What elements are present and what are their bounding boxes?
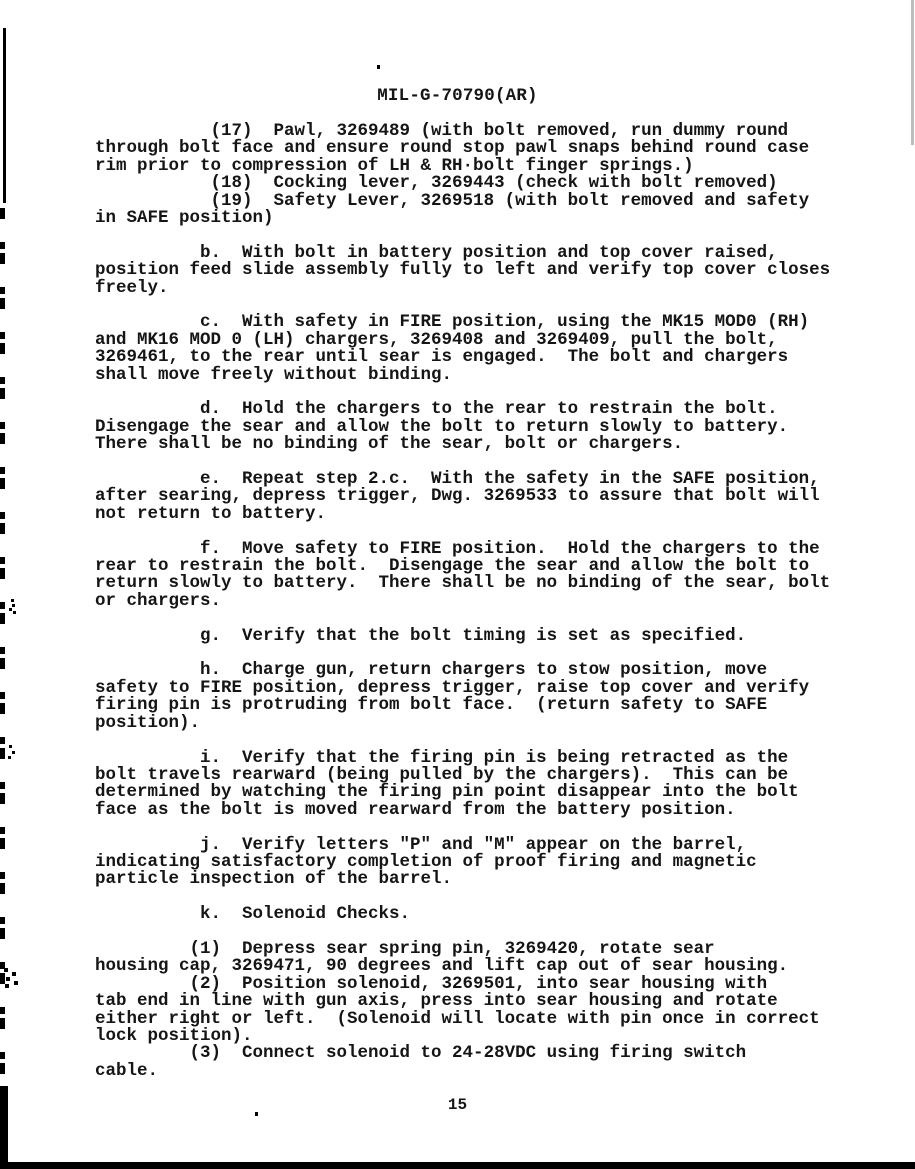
scan-artifact-left-edge-line — [3, 28, 6, 203]
paragraph-i: i. Verify that the firing pin is being r… — [95, 750, 855, 820]
scan-artifact-right-edge — [911, 0, 914, 145]
scan-artifact-left-edge-bottom — [0, 1086, 8, 1169]
scan-artifact-smudge — [4, 968, 8, 972]
scan-artifact-speck — [255, 1112, 258, 1116]
paragraph-k-solenoid-steps: (1) Depress sear spring pin, 3269420, ro… — [95, 941, 855, 1080]
page-number: 15 — [0, 1096, 915, 1114]
paragraph-e: e. Repeat step 2.c. With the safety in t… — [95, 471, 855, 523]
scan-artifact-bottom-bar — [0, 1162, 915, 1169]
document-page: MIL-G-70790(AR) (17) Pawl, 3269489 (with… — [0, 0, 915, 1169]
scan-artifact-smudge — [11, 599, 14, 602]
scan-artifact-speck — [377, 65, 380, 69]
paragraph-c: c. With safety in FIRE position, using t… — [95, 314, 855, 384]
paragraph-g: g. Verify that the bolt timing is set as… — [95, 628, 855, 645]
document-header-spec-number: MIL-G-70790(AR) — [0, 86, 915, 106]
scan-artifact-left-edge-dashes — [0, 208, 5, 1083]
paragraph-items-17-19: (17) Pawl, 3269489 (with bolt removed, r… — [95, 123, 855, 227]
paragraph-j: j. Verify letters "P" and "M" appear on … — [95, 837, 855, 889]
paragraph-k: k. Solenoid Checks. — [95, 906, 855, 923]
document-body: (17) Pawl, 3269489 (with bolt removed, r… — [95, 123, 855, 1098]
scan-artifact-smudge — [9, 745, 12, 748]
paragraph-d: d. Hold the chargers to the rear to rest… — [95, 401, 855, 453]
paragraph-h: h. Charge gun, return chargers to stow p… — [95, 662, 855, 732]
paragraph-b: b. With bolt in battery position and top… — [95, 245, 855, 297]
paragraph-f: f. Move safety to FIRE position. Hold th… — [95, 541, 855, 611]
